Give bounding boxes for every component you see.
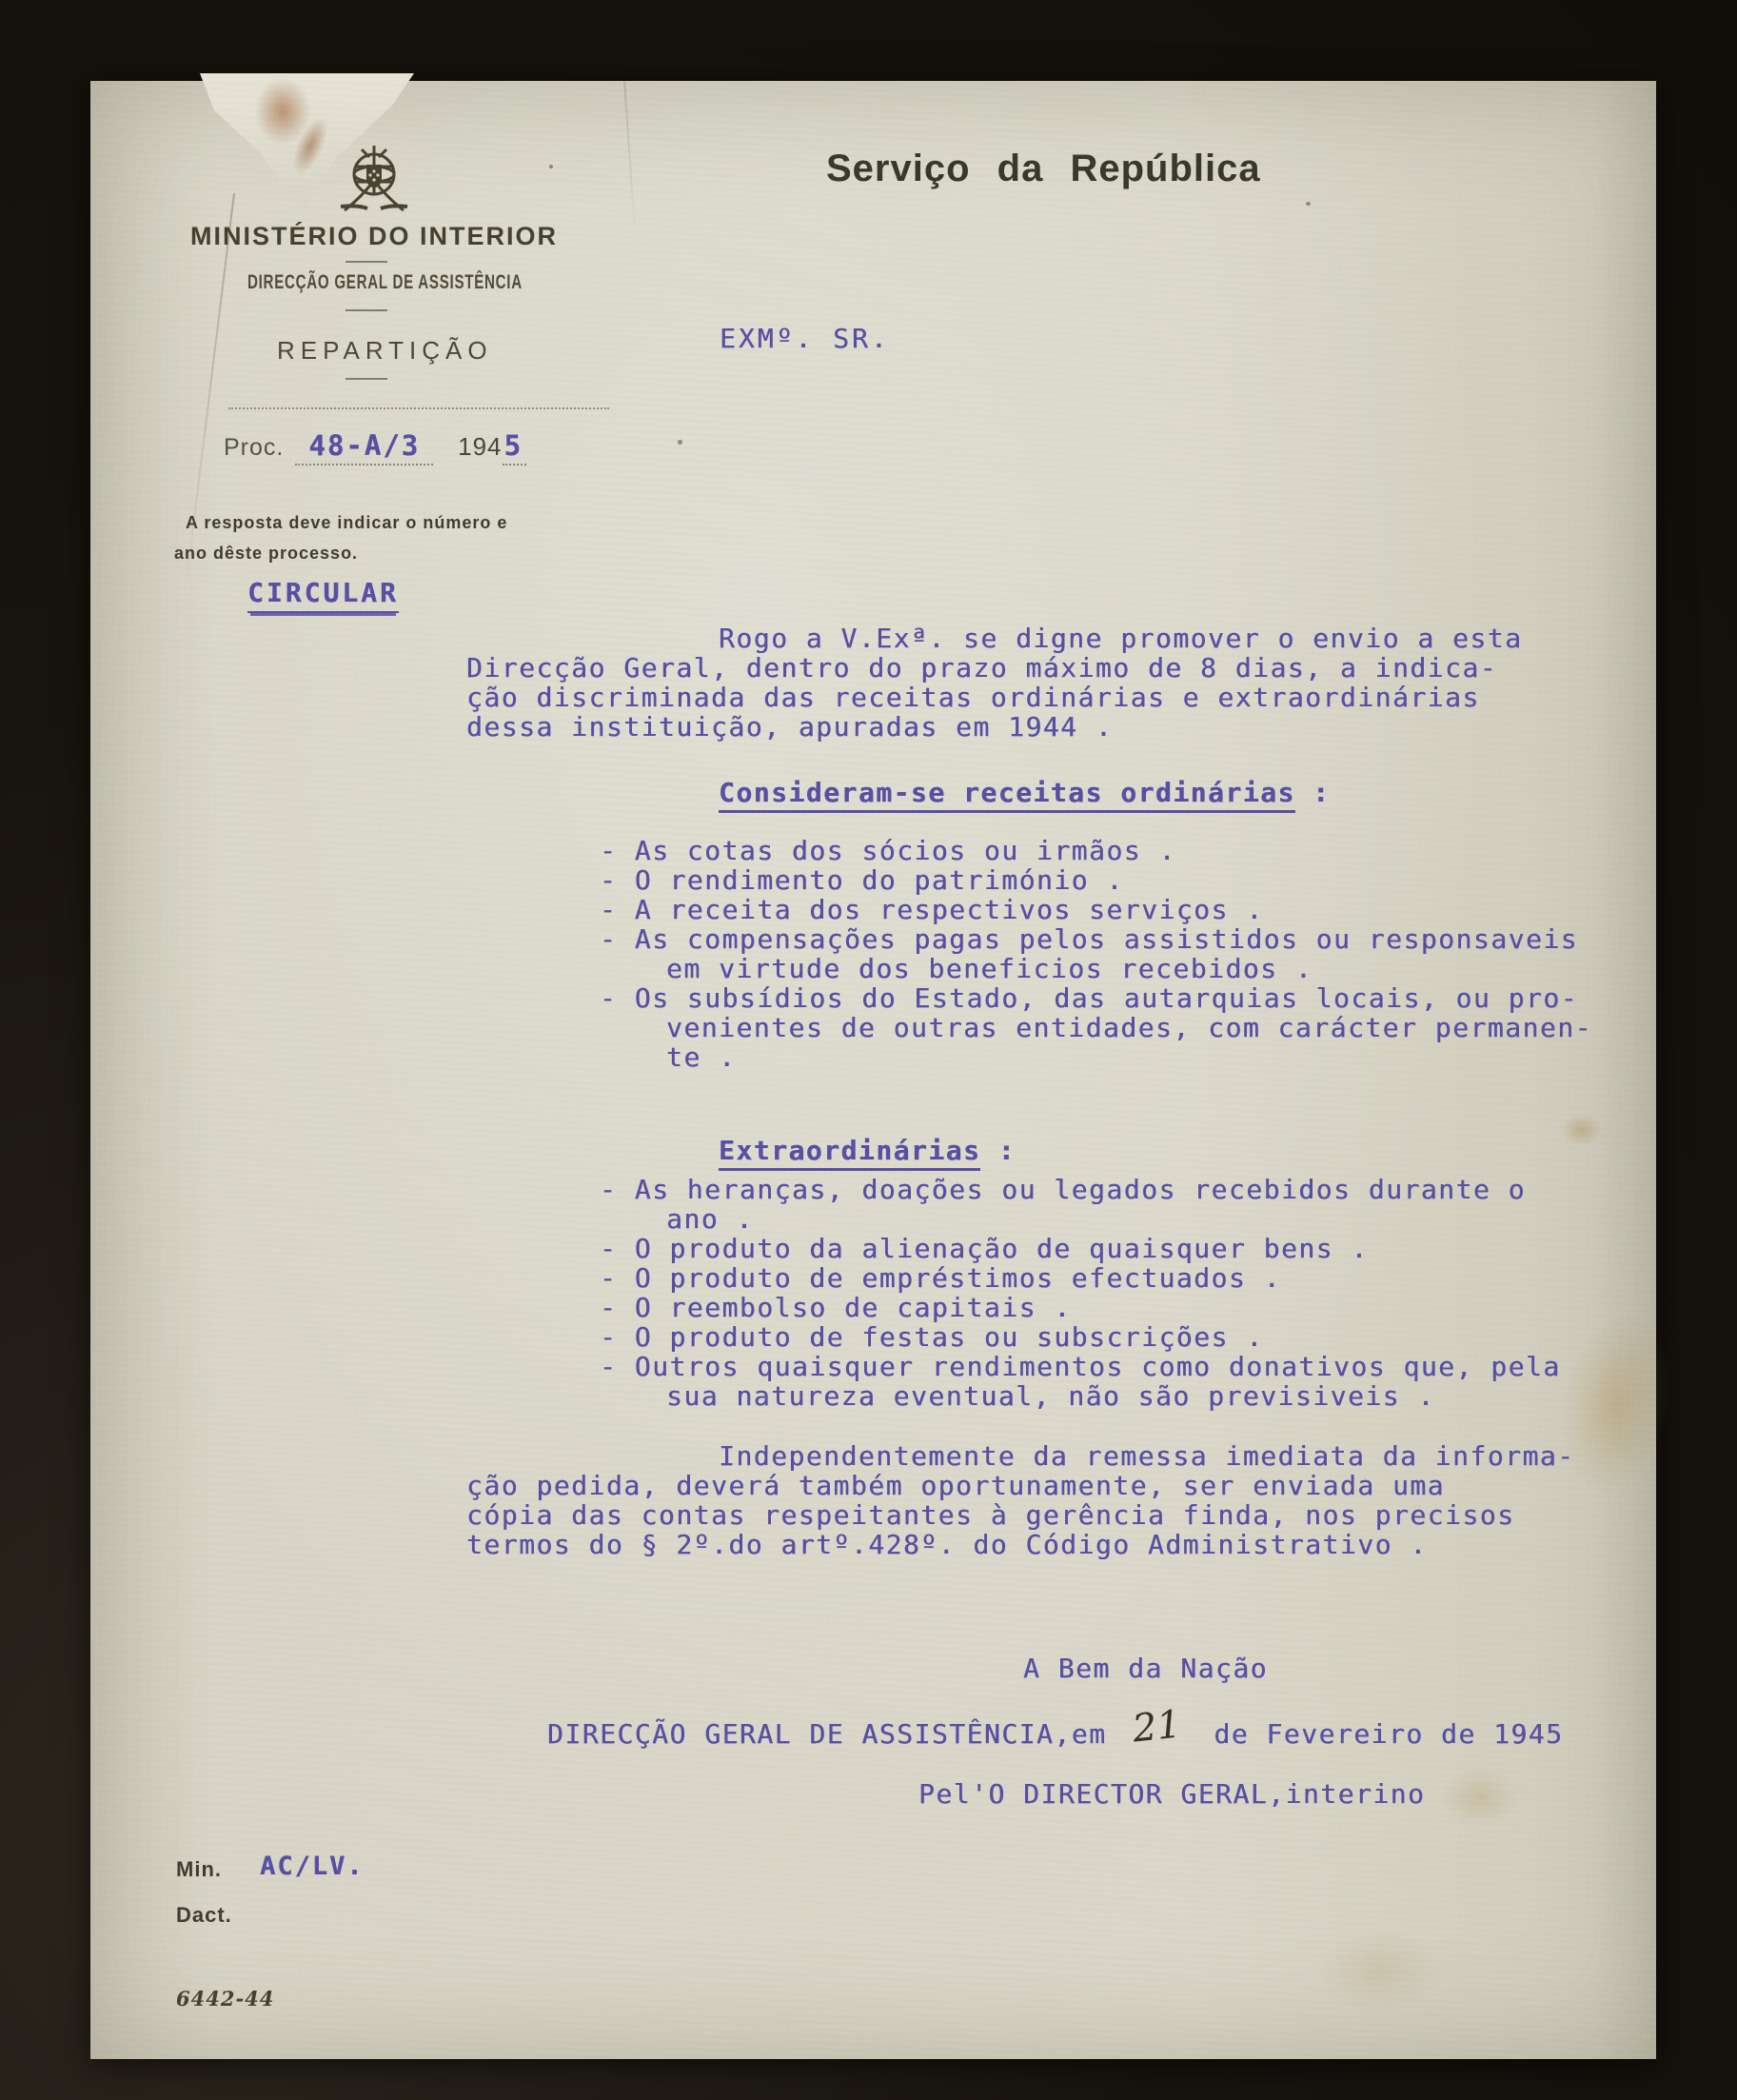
text-line: Rogo a V.Exª. se digne promover o envio … [719, 624, 1522, 653]
closing-motto: A Bem da Nação [1023, 1654, 1268, 1683]
coat-of-arms-icon [335, 146, 413, 218]
text-line: - Os subsídios do Estado, das autarquias… [600, 983, 1592, 1013]
text-line: ção discriminada das receitas ordinárias… [466, 683, 1522, 712]
text-line: ano dêste processo. [174, 538, 507, 568]
doc-type-heading: CIRCULAR [247, 578, 399, 607]
divider-rule [345, 309, 387, 311]
text-line: - O produto de festas ou subscrições . [600, 1322, 1561, 1352]
text-line: - A receita dos respectivos serviços . [600, 895, 1592, 924]
process-year-typed: 5 [503, 429, 526, 466]
process-year-printed: 194 [458, 432, 502, 462]
text-line: Independentemente da remessa imediata da… [719, 1441, 1575, 1471]
ordinary-revenue-list: - As cotas dos sócios ou irmãos .- O ren… [600, 836, 1592, 1072]
extraordinary-revenue-list: - As heranças, doações ou legados recebi… [600, 1175, 1561, 1411]
paragraph-1: Rogo a V.Exª. se digne promover o envio … [466, 624, 1522, 742]
section-1-heading: Consideram-se receitas ordinárias : [719, 778, 1331, 807]
text-line: Direcção Geral, dentro do prazo máximo d… [466, 653, 1522, 683]
process-note: A resposta deve indicar o número eano dê… [186, 507, 507, 568]
dotted-line [228, 407, 609, 409]
divider-rule [345, 261, 387, 263]
text-line: te . [666, 1042, 1592, 1072]
closing-org-date-line: DIRECÇÃO GERAL DE ASSISTÊNCIA,em21de Fev… [547, 1716, 1564, 1749]
ink-speck [549, 165, 553, 168]
text-line: - O reembolso de capitais . [600, 1293, 1561, 1322]
divider-rule [345, 378, 387, 380]
salutation: EXMº. SR. [720, 324, 890, 353]
text-line: - O rendimento do património . [600, 865, 1592, 895]
text-line: - As cotas dos sócios ou irmãos . [600, 836, 1592, 865]
signature-line: Pel'O DIRECTOR GERAL,interino [918, 1779, 1425, 1809]
text-line: - As heranças, doações ou legados recebi… [600, 1175, 1561, 1204]
document-paper: MINISTÉRIO DO INTERIOR DIRECÇÃO GERAL DE… [90, 81, 1656, 2059]
handwritten-day: 21 [1132, 1710, 1183, 1744]
process-number: 48-A/3 [295, 429, 433, 466]
section-1-heading-text: Consideram-se receitas ordinárias [719, 777, 1295, 813]
text-line: ano . [666, 1204, 1561, 1234]
ink-speck [678, 440, 682, 445]
text-line: A resposta deve indicar o número e [186, 507, 507, 538]
text-line: - O produto de empréstimos efectuados . [600, 1263, 1561, 1293]
fox-stain [1561, 1114, 1603, 1146]
doc-type-text: CIRCULAR [247, 577, 399, 613]
text-line: sua natureza eventual, não são previsive… [666, 1381, 1561, 1411]
ministry-name: MINISTÉRIO DO INTERIOR [184, 222, 564, 251]
text-line: em virtude dos beneficios recebidos . [666, 954, 1592, 983]
text-line: - As compensações pagas pelos assistidos… [600, 924, 1592, 954]
section-2-heading-colon: : [980, 1135, 1016, 1166]
text-line: dessa instituição, apuradas em 1944 . [466, 712, 1522, 742]
text-line: - O produto da alienação de quaisquer be… [600, 1234, 1561, 1263]
ink-speck [1306, 202, 1311, 206]
fox-stain [1442, 1766, 1518, 1829]
section-2-heading-text: Extraordinárias [719, 1135, 980, 1171]
scanned-document-photo: { "page": { "background_color": "#17130e… [0, 0, 1737, 2100]
paragraph-2: Independentemente da remessa imediata da… [466, 1441, 1575, 1559]
fox-stain [1318, 1928, 1442, 2013]
min-label: Min. [176, 1857, 222, 1882]
form-number: 6442-44 [176, 1987, 274, 2011]
text-line: venientes de outras entidades, com carác… [666, 1013, 1592, 1042]
section-2-heading: Extraordinárias : [719, 1136, 1016, 1165]
paper-crease [623, 81, 637, 243]
closing-org-pre: DIRECÇÃO GERAL DE ASSISTÊNCIA,em [547, 1718, 1106, 1750]
text-line: - Outros quaisquer rendimentos como dona… [600, 1352, 1561, 1381]
text-line: termos do § 2º.do artº.428º. do Código A… [466, 1530, 1575, 1559]
direccao-geral-name: DIRECÇÃO GERAL DE ASSISTÊNCIA [247, 271, 523, 294]
section-1-heading-colon: : [1295, 777, 1331, 808]
process-number-row: Proc. 48-A/3 194 5 [224, 429, 526, 466]
process-label: Proc. [224, 434, 284, 462]
closing-org-post: de Fevereiro de 1945 [1214, 1718, 1563, 1750]
reparticao-label: REPARTIÇÃO [277, 336, 493, 366]
service-title: Serviço da República [826, 148, 1261, 190]
text-line: cópia das contas respeitantes à gerência… [466, 1500, 1575, 1530]
text-line: ção pedida, deverá também oportunamente,… [466, 1471, 1575, 1500]
dact-label: Dact. [176, 1903, 232, 1928]
min-initials: AC/LV. [260, 1852, 365, 1881]
